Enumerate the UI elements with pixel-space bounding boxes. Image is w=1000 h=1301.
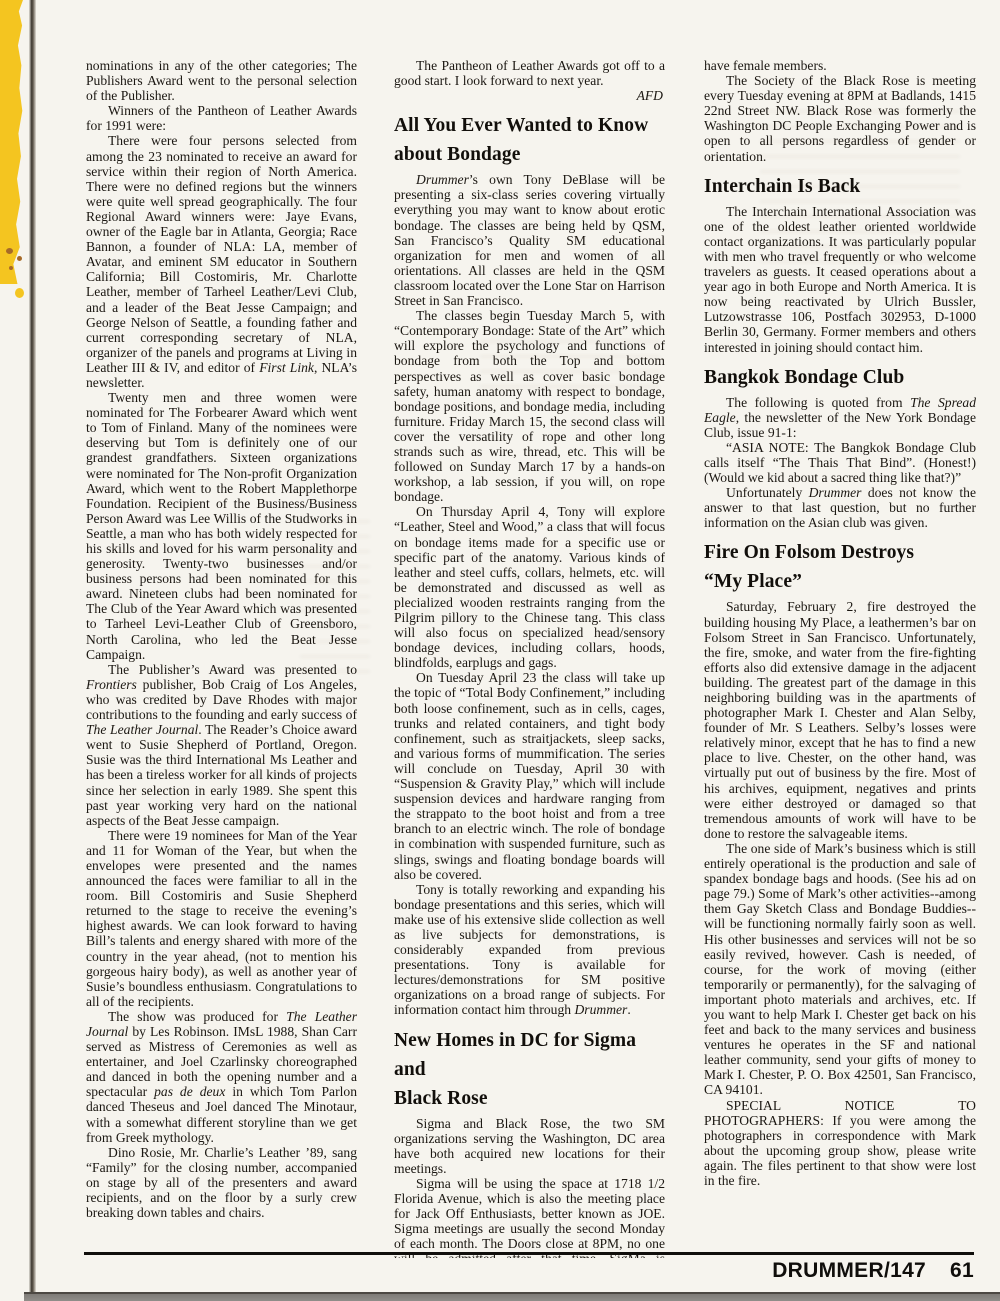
paragraph: On Thursday April 4, Tony will explore “… [394, 504, 665, 670]
footer-rule [84, 1252, 974, 1255]
paragraph: The Society of the Black Rose is meeting… [704, 73, 976, 164]
yellow-edge-paint-stripe [0, 0, 23, 284]
article-column-2: The Pantheon of Leather Awards got off t… [394, 58, 665, 1258]
paragraph: Dino Rosie, Mr. Charlie’s Leather ’89, s… [86, 1145, 357, 1220]
paragraph: Saturday, February 2, fire destroyed the… [704, 599, 976, 841]
section-heading: Interchain Is Back [704, 172, 976, 201]
paragraph: The one side of Mark’s business which is… [704, 841, 976, 1098]
paragraph: Winners of the Pantheon of Leather Award… [86, 103, 357, 133]
section-heading: New Homes in DC for Sigma and Black Rose [394, 1026, 665, 1113]
paint-speckle [9, 266, 13, 270]
paragraph: have female members. [704, 58, 976, 73]
paint-speckle [17, 256, 22, 261]
paragraph: The Publisher’s Award was presented to F… [86, 662, 357, 828]
magazine-page-scan: { "page": { "paper_color": "#f6f4ee", "i… [0, 0, 1000, 1301]
section-heading: Bangkok Bondage Club [704, 363, 976, 392]
section-heading: All You Ever Wanted to Know about Bondag… [394, 111, 665, 169]
paint-drip [15, 288, 24, 298]
paragraph: The classes begin Tuesday March 5, with … [394, 308, 665, 504]
section-heading: Fire On Folsom Destroys “My Place” [704, 538, 976, 596]
paragraph: Unfortunately Drummer does not know the … [704, 485, 976, 530]
paragraph: Tony is totally reworking and expanding … [394, 882, 665, 1018]
paragraph: The Interchain International Association… [704, 204, 976, 355]
byline: AFD [394, 88, 665, 103]
article-column-3: have female members.The Society of the B… [704, 58, 976, 1258]
paragraph: nominations in any of the other categori… [86, 58, 357, 103]
next-page-edge-band [24, 1292, 1000, 1301]
footer-page-number: 61 [950, 1259, 974, 1282]
paragraph: There were 19 nominees for Man of the Ye… [86, 828, 357, 1009]
paragraph: The Pantheon of Leather Awards got off t… [394, 58, 665, 88]
paragraph: SPECIAL NOTICE TO PHOTOGRAPHERS: If you … [704, 1098, 976, 1189]
paragraph: Sigma will be using the space at 1718 1/… [394, 1176, 665, 1258]
paragraph: Twenty men and three women were nominate… [86, 390, 357, 662]
article-body: nominations in any of the other categori… [86, 58, 976, 1258]
paragraph: There were four persons selected from am… [86, 133, 357, 390]
page-spine-shadow [29, 0, 36, 1293]
paragraph: Drummer’s own Tony DeBlase will be prese… [394, 172, 665, 308]
paint-speckle [6, 248, 13, 254]
paragraph: On Tuesday April 23 the class will take … [394, 670, 665, 881]
article-column-1: nominations in any of the other categori… [86, 58, 357, 1258]
paragraph: “ASIA NOTE: The Bangkok Bondage Club cal… [704, 440, 976, 485]
magazine-footer: DRUMMER/14761 [84, 1259, 974, 1283]
paragraph: Sigma and Black Rose, the two SM organiz… [394, 1116, 665, 1176]
footer-magazine-title: DRUMMER/147 [772, 1259, 926, 1282]
paragraph: The following is quoted from The Spread … [704, 395, 976, 440]
paragraph: The show was produced for The Leather Jo… [86, 1009, 357, 1145]
